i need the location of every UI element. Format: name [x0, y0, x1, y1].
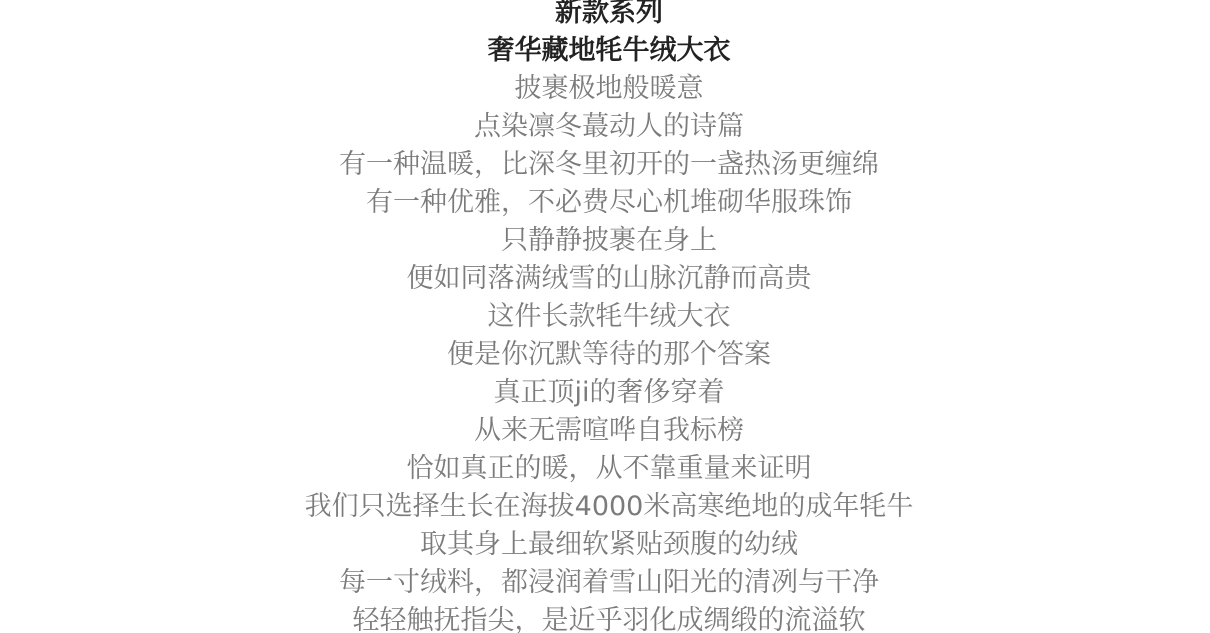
- poem-line: 取其身上最细软紧贴颈腹的幼绒: [0, 526, 1210, 564]
- product-title: 奢华藏地牦牛绒大衣: [0, 32, 1210, 70]
- poem-line: 真正顶ji的奢侈穿着: [0, 374, 1210, 412]
- poem-line: 从来无需喧哗自我标榜: [0, 412, 1210, 450]
- poem-line: 恰如真正的暖，从不靠重量来证明: [0, 450, 1210, 488]
- poem-line: 每一寸绒料，都浸润着雪山阳光的清冽与干净: [0, 564, 1210, 602]
- poem-line: 有一种优雅，不必费尽心机堆砌华服珠饰: [0, 184, 1210, 222]
- poem-line: 便是你沉默等待的那个答案: [0, 336, 1210, 374]
- poem-line: 只静静披裹在身上: [0, 222, 1210, 260]
- poem-line: 披裹极地般暖意: [0, 70, 1210, 108]
- poem-line: 我们只选择生长在海拔4000米高寒绝地的成年牦牛: [0, 488, 1210, 526]
- series-heading: 新款系列: [0, 0, 1210, 32]
- poem-line: 这件长款牦牛绒大衣: [0, 298, 1210, 336]
- poem-line: 有一种温暖，比深冬里初开的一盏热汤更缠绵: [0, 146, 1210, 184]
- product-description: 新款系列 奢华藏地牦牛绒大衣 披裹极地般暖意 点染凛冬蕞动人的诗篇 有一种温暖，…: [0, 0, 1210, 633]
- poem-line: 轻轻触抚指尖，是近乎羽化成绸缎的流溢软: [0, 602, 1210, 633]
- poem-line: 便如同落满绒雪的山脉沉静而高贵: [0, 260, 1210, 298]
- poem-line: 点染凛冬蕞动人的诗篇: [0, 108, 1210, 146]
